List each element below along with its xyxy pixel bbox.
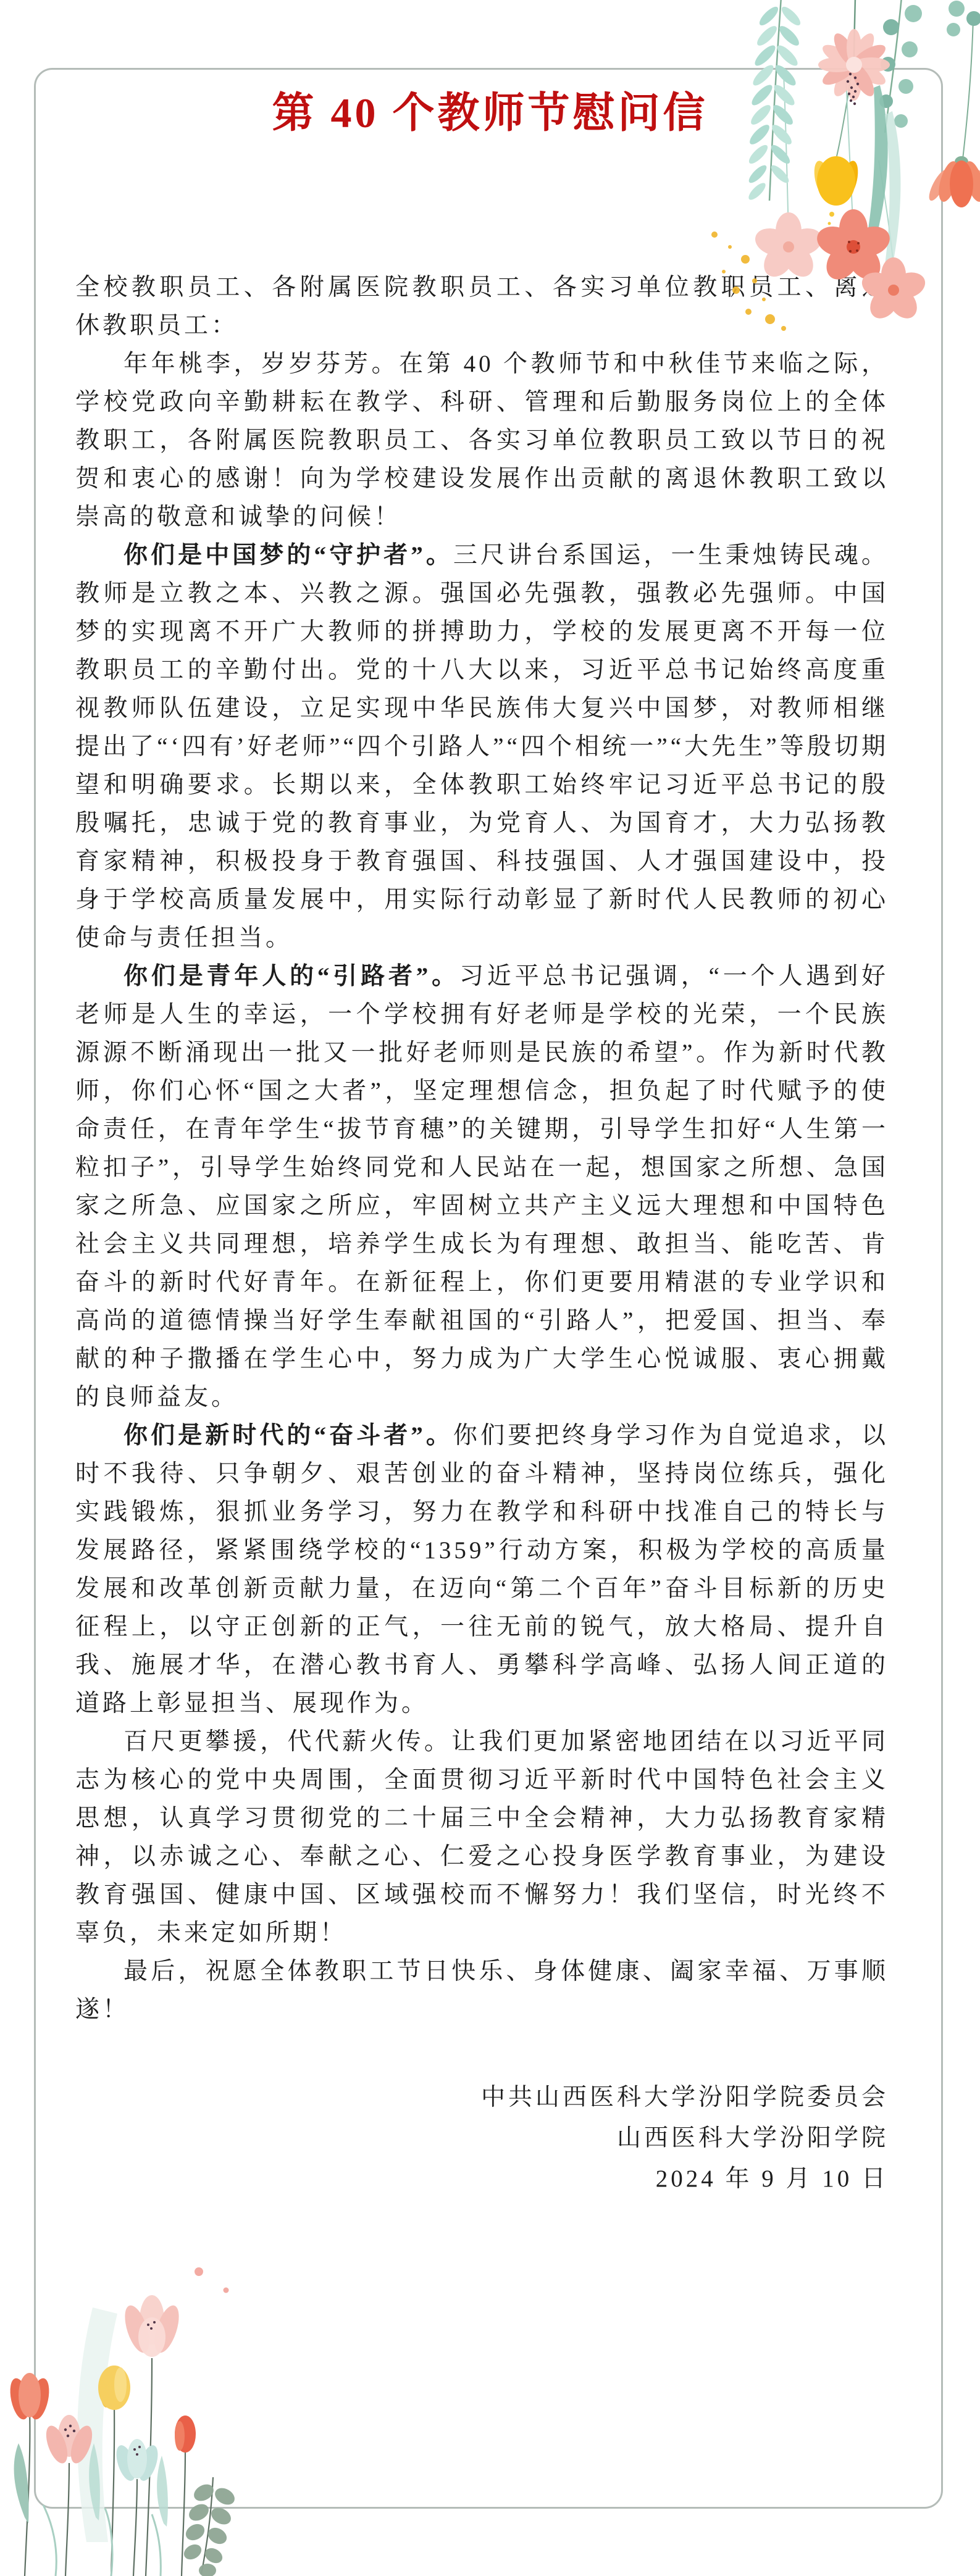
paragraph-text: 最后，祝愿全体教职工节日快乐、身体健康、阖家幸福、万事顺遂！: [75, 1958, 889, 2023]
letter-body: 全校教职员工、各附属医院教职员工、各实习单位教职员工、离退休教职员工： 年年桃李…: [75, 269, 889, 2199]
paragraph-3: 你们是青年人的“引路者”。习近平总书记强调，“一个人遇到好老师是人生的幸运，一个…: [75, 957, 889, 1417]
letter-title: 第 40 个教师节慰问信: [0, 85, 980, 142]
paragraph-text: 三尺讲台系国运，一生秉烛铸民魂。教师是立教之本、兴教之源。强国必先强教，强教必先…: [75, 542, 889, 951]
signature-date: 2024 年 9 月 10 日: [75, 2159, 889, 2199]
paragraph-text: 年年桃李，岁岁芬芳。在第 40 个教师节和中秋佳节来临之际，学校党政向辛勤耕耘在…: [75, 351, 889, 530]
paragraph-text: 百尺更攀援，代代薪火传。让我们更加紧密地团结在以习近平同志为核心的党中央周围，全…: [75, 1728, 889, 1946]
paragraph-lead: 你们是青年人的“引路者”。: [124, 963, 459, 990]
paragraph-text: 习近平总书记强调，“一个人遇到好老师是人生的幸运，一个学校拥有好老师是学校的光荣…: [75, 963, 889, 1411]
paragraph-lead: 你们是中国梦的“守护者”。: [124, 542, 453, 569]
paragraph-4: 你们是新时代的“奋斗者”。你们要把终身学习作为自觉追求，以时不我待、只争朝夕、艰…: [75, 1417, 889, 1723]
paragraph-6: 最后，祝愿全体教职工节日快乐、身体健康、阖家幸福、万事顺遂！: [75, 1953, 889, 2029]
paragraph-2: 你们是中国梦的“守护者”。三尺讲台系国运，一生秉烛铸民魂。教师是立教之本、兴教之…: [75, 536, 889, 957]
salutation: 全校教职员工、各附属医院教职员工、各实习单位教职员工、离退休教职员工：: [75, 269, 889, 345]
letter-page: 第 40 个教师节慰问信 全校教职员工、各附属医院教职员工、各实习单位教职员工、…: [0, 85, 980, 2199]
paragraph-lead: 你们是新时代的“奋斗者”。: [124, 1422, 453, 1449]
paragraph-5: 百尺更攀援，代代薪火传。让我们更加紧密地团结在以习近平同志为核心的党中央周围，全…: [75, 1723, 889, 1953]
signature-committee: 中共山西医科大学汾阳学院委员会: [75, 2077, 889, 2118]
signature-block: 中共山西医科大学汾阳学院委员会 山西医科大学汾阳学院 2024 年 9 月 10…: [75, 2077, 889, 2199]
paragraph-text: 你们要把终身学习作为自觉追求，以时不我待、只争朝夕、艰苦创业的奋斗精神，坚持岗位…: [75, 1422, 889, 1717]
paragraph-1: 年年桃李，岁岁芬芳。在第 40 个教师节和中秋佳节来临之际，学校党政向辛勤耕耘在…: [75, 345, 889, 536]
signature-college: 山西医科大学汾阳学院: [75, 2118, 889, 2159]
